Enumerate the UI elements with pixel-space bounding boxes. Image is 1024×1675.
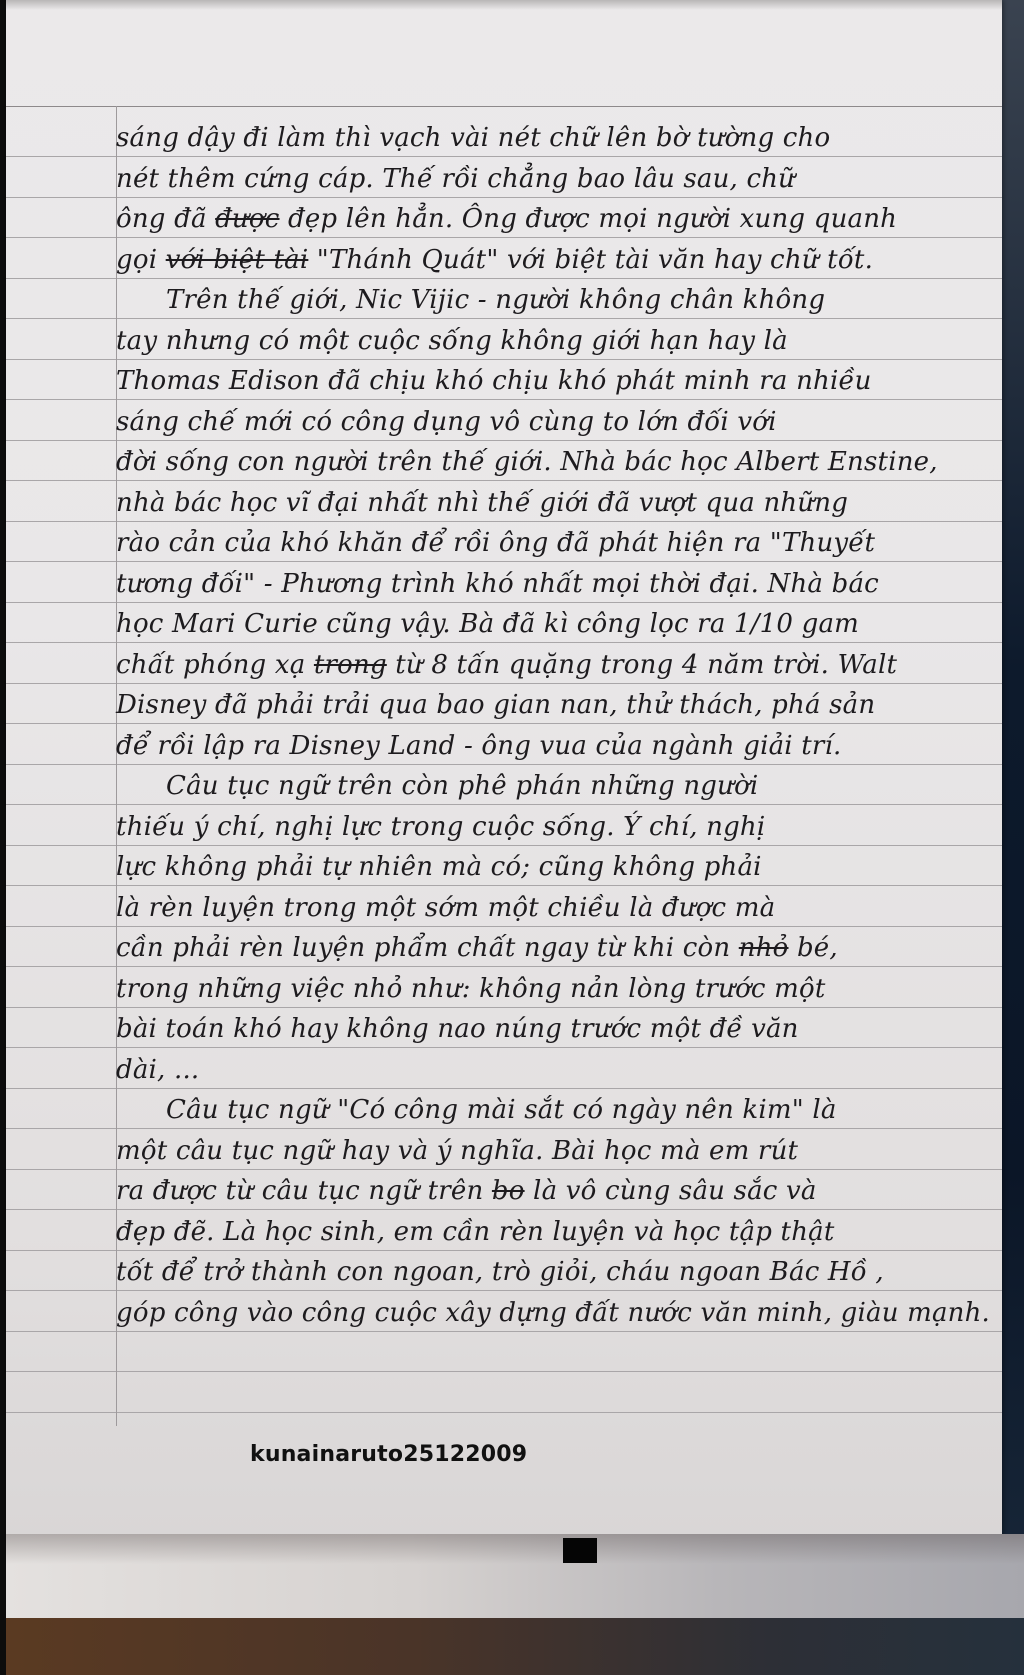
text-segment: là vô cùng sâu sắc và: [525, 1176, 817, 1206]
text-line: đời sống con người trên thế giới. Nhà bá…: [116, 442, 996, 482]
text-line: để rồi lập ra Disney Land - ông vua của …: [116, 726, 996, 766]
text-line-paragraph-start: Câu tục ngữ "Có công mài sắt có ngày nên…: [116, 1090, 996, 1130]
text-line: nhà bác học vĩ đại nhất nhì thế giới đã …: [116, 483, 996, 523]
text-line-paragraph-start: Trên thế giới, Nic Vijic - người không c…: [116, 280, 996, 320]
crossed-out-word: bo: [492, 1176, 525, 1206]
text-segment: gọi: [116, 245, 166, 275]
text-line-paragraph-start: Câu tục ngữ trên còn phê phán những ngườ…: [116, 766, 996, 806]
text-line: thiếu ý chí, nghị lực trong cuộc sống. Ý…: [116, 807, 996, 847]
ruled-line: [6, 1371, 1002, 1372]
redaction-square: [563, 1538, 597, 1563]
text-line: trong những việc nhỏ như: không nản lòng…: [116, 969, 996, 1009]
text-line: tay nhưng có một cuộc sống không giới hạ…: [116, 321, 996, 361]
text-line: gọi với biệt tài "Thánh Quát" với biệt t…: [116, 240, 996, 280]
background-desk-bottom: [6, 1618, 1024, 1675]
text-line: đẹp đẽ. Là học sinh, em cần rèn luyện và…: [116, 1212, 996, 1252]
text-line: tương đối" - Phương trình khó nhất mọi t…: [116, 564, 996, 604]
text-line: học Mari Curie cũng vậy. Bà đã kì công l…: [116, 604, 996, 644]
watermark-username: kunainaruto25122009: [250, 1442, 527, 1467]
background-desk-right: [1002, 0, 1024, 1675]
text-line: một câu tục ngữ hay và ý nghĩa. Bài học …: [116, 1131, 996, 1171]
page-top-shadow: [6, 0, 1002, 10]
text-line: góp công vào công cuộc xây dựng đất nước…: [116, 1293, 996, 1333]
text-line: tốt để trở thành con ngoan, trò giỏi, ch…: [116, 1252, 996, 1292]
text-line: cần phải rèn luyện phẩm chất ngay từ khi…: [116, 928, 996, 968]
text-segment: bé,: [789, 933, 838, 963]
text-segment: ông đã: [116, 204, 215, 234]
text-segment: từ 8 tấn quặng trong 4 năm trời. Walt: [387, 650, 897, 680]
text-line: Thomas Edison đã chịu khó chịu khó phát …: [116, 361, 996, 401]
text-line: là rèn luyện trong một sớm một chiều là …: [116, 888, 996, 928]
text-segment: cần phải rèn luyện phẩm chất ngay từ khi…: [116, 933, 739, 963]
text-line: chất phóng xạ trong từ 8 tấn quặng trong…: [116, 645, 996, 685]
text-line: sáng dậy đi làm thì vạch vài nét chữ lên…: [116, 118, 996, 158]
text-line: ra được từ câu tục ngữ trên bo là vô cùn…: [116, 1171, 996, 1211]
text-segment: ra được từ câu tục ngữ trên: [116, 1176, 492, 1206]
text-line: bài toán khó hay không nao núng trước mộ…: [116, 1009, 996, 1049]
text-line: Disney đã phải trải qua bao gian nan, th…: [116, 685, 996, 725]
text-line: dài, ...: [116, 1050, 996, 1090]
text-line: ông đã được đẹp lên hẳn. Ông được mọi ng…: [116, 199, 996, 239]
crossed-out-word: trong: [314, 650, 387, 680]
crossed-out-word: nhỏ: [739, 933, 789, 963]
ruled-line: [6, 106, 1002, 107]
crossed-out-word: được: [215, 204, 279, 234]
text-line: nét thêm cứng cáp. Thế rồi chẳng bao lâu…: [116, 159, 996, 199]
ruled-line: [6, 1412, 1002, 1413]
page-stack-shadow: [6, 1534, 1024, 1564]
text-line: sáng chế mới có công dụng vô cùng to lớn…: [116, 402, 996, 442]
text-line: rào cản của khó khăn để rồi ông đã phát …: [116, 523, 996, 563]
text-segment: "Thánh Quát" với biệt tài văn hay chữ tố…: [308, 245, 873, 275]
crossed-out-word: với biệt tài: [166, 245, 309, 275]
text-segment: chất phóng xạ: [116, 650, 314, 680]
text-line: lực không phải tự nhiên mà có; cũng khôn…: [116, 847, 996, 887]
text-segment: đẹp lên hẳn. Ông được mọi người xung qua…: [280, 204, 898, 234]
